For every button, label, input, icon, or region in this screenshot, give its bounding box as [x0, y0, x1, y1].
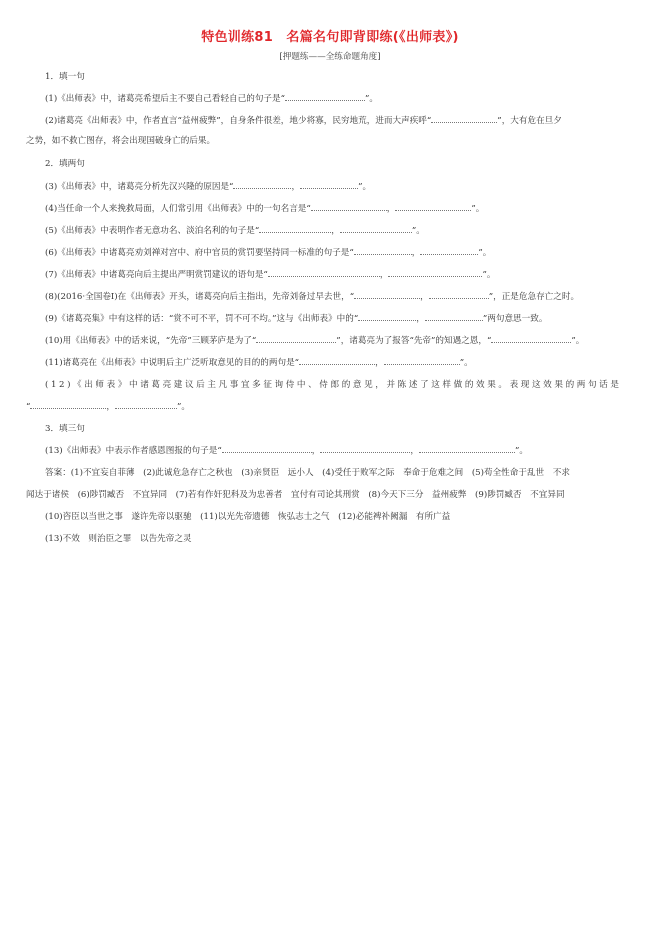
answer-blank[interactable] [420, 246, 478, 255]
question-12: (12)《出师表》中诸葛亮建议后主凡事宜多征询侍中、侍郎的意见，并陈述了这样做的… [45, 378, 622, 390]
document-page: 特色训练81 名篇名句即背即练(《出师表》) [押题练——全练命题角度] 1．填… [0, 0, 660, 935]
answer-blank[interactable] [222, 444, 312, 453]
question-6: (6)《出师表》中诸葛亮劝刘禅对宫中、府中官员的赏罚要坚持同一标准的句子是“，”… [45, 246, 491, 258]
answer-blank[interactable] [233, 180, 291, 189]
answer-blank[interactable] [300, 180, 358, 189]
heading-fill-one: 1．填一句 [45, 70, 85, 82]
answer-blank[interactable] [115, 400, 177, 409]
answer-blank[interactable] [268, 268, 380, 277]
question-11: (11)诸葛亮在《出师表》中说明后主广泛听取意见的目的的两句是“，”。 [45, 356, 473, 368]
question-10: (10)用《出师表》中的话来说，“先帝”三顾茅庐是为了“”，诸葛亮为了报答“先帝… [45, 334, 584, 346]
answers-line: (13)不效 则治臣之罪 以告先帝之灵 [45, 532, 192, 544]
question-9: (9)《诸葛亮集》中有这样的话：“赏不可不平，罚不可不均。”这与《出师表》中的“… [45, 312, 547, 324]
question-4: (4)当任命一个人来挽救局面，人们常引用《出师表》中的一句名言是“，”。 [45, 202, 484, 214]
answers-line: 答案：(1)不宜妄自菲薄 (2)此诚危急存亡之秋也 (3)亲贤臣 远小人 (4)… [45, 466, 570, 478]
answer-blank[interactable] [311, 202, 387, 211]
answer-blank[interactable] [384, 356, 460, 365]
answer-blank[interactable] [354, 290, 420, 299]
answers-line: 闻达于诸侯 (6)陟罚臧否 不宜异同 (7)若有作奸犯科及为忠善者 宜付有司论其… [26, 488, 565, 500]
question-1: (1)《出师表》中，诸葛亮希望后主不要自己看轻自己的句子是“”。 [45, 92, 378, 104]
question-13: (13)《出师表》中表示作者感恩图报的句子是“，，”。 [45, 444, 528, 456]
question-3: (3)《出师表》中，诸葛亮分析先汉兴隆的原因是“，”。 [45, 180, 371, 192]
answer-blank[interactable] [425, 312, 483, 321]
section-subtitle: [押题练——全练命题角度] [0, 50, 660, 62]
question-5: (5)《出师表》中表明作者无意功名、淡泊名利的句子是“，”。 [45, 224, 425, 236]
question-2: (2)诸葛亮《出师表》中，作者直言“益州疲弊”，自身条件很差，地少将寡，民穷地荒… [45, 114, 562, 126]
section-title-chushibiao: 特色训练81 名篇名句即背即练(《出师表》) [0, 26, 660, 45]
answers-line: (10)咨臣以当世之事 遂许先帝以驱驰 (11)以光先帝遗德 恢弘志士之气 (1… [45, 510, 450, 522]
answer-blank[interactable] [285, 92, 365, 101]
answer-blank[interactable] [388, 268, 482, 277]
answer-blank[interactable] [256, 334, 336, 343]
answer-blank[interactable] [320, 444, 410, 453]
answer-blank[interactable] [431, 114, 497, 123]
question-7: (7)《出师表》中诸葛亮向后主提出严明赏罚建议的语句是“，”。 [45, 268, 495, 280]
answer-blank[interactable] [429, 290, 489, 299]
answer-blank[interactable] [259, 224, 331, 233]
heading-fill-three: 3．填三句 [45, 422, 85, 434]
heading-fill-two: 2．填两句 [45, 157, 85, 169]
answer-blank[interactable] [395, 202, 471, 211]
answer-blank[interactable] [299, 356, 375, 365]
answer-blank[interactable] [354, 246, 412, 255]
answer-blank[interactable] [340, 224, 412, 233]
answer-blank[interactable] [419, 444, 515, 453]
answer-blank[interactable] [358, 312, 416, 321]
answer-blank[interactable] [30, 400, 106, 409]
question-2-cont: 之势，如不救亡图存，将会出现国破身亡的后果。 [26, 134, 215, 146]
question-8: (8)(2016·全国卷Ⅰ)在《出师表》开头，诸葛亮向后主指出，先帝刘备过早去世… [45, 290, 579, 302]
answer-blank[interactable] [491, 334, 571, 343]
question-12-cont: “，”。 [26, 400, 190, 412]
